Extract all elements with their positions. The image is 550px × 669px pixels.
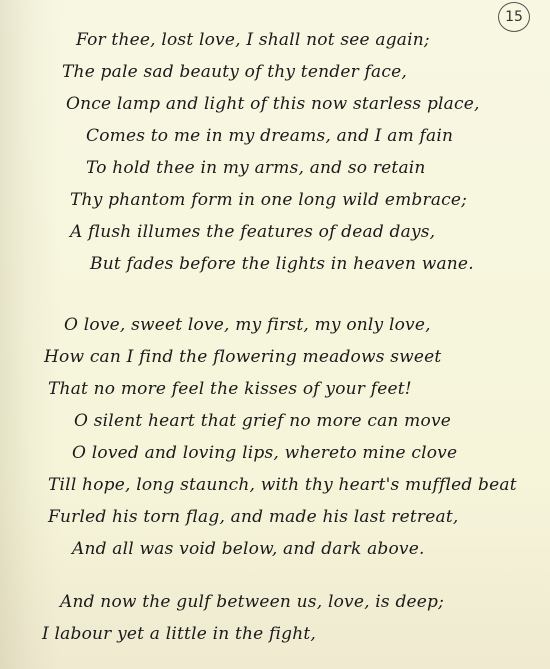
poem-line: O silent heart that grief no more can mo…: [74, 411, 451, 431]
poem-line: Thy phantom form in one long wild embrac…: [70, 190, 467, 210]
page-number: 15: [498, 2, 530, 32]
poem-line: And now the gulf between us, love, is de…: [60, 592, 444, 612]
poem-line: The pale sad beauty of thy tender face,: [62, 62, 407, 82]
poem-line: How can I find the flowering meadows swe…: [44, 347, 441, 367]
manuscript-page: 15 For thee, lost love, I shall not see …: [0, 0, 550, 669]
poem-line: Furled his torn flag, and made his last …: [48, 507, 458, 527]
poem-line: Comes to me in my dreams, and I am fain: [86, 126, 453, 146]
poem-line: But fades before the lights in heaven wa…: [90, 254, 474, 274]
poem-line: A flush illumes the features of dead day…: [70, 222, 435, 242]
poem-line: And all was void below, and dark above.: [72, 539, 425, 559]
poem-line: To hold thee in my arms, and so retain: [86, 158, 426, 178]
poem-line: O love, sweet love, my first, my only lo…: [64, 315, 431, 335]
poem-line: O loved and loving lips, whereto mine cl…: [72, 443, 457, 463]
poem-line: That no more feel the kisses of your fee…: [48, 379, 412, 399]
poem-line: Till hope, long staunch, with thy heart'…: [48, 475, 517, 495]
poem-line: I labour yet a little in the fight,: [42, 624, 316, 644]
poem-line: For thee, lost love, I shall not see aga…: [76, 30, 430, 50]
poem-line: Once lamp and light of this now starless…: [66, 94, 480, 114]
